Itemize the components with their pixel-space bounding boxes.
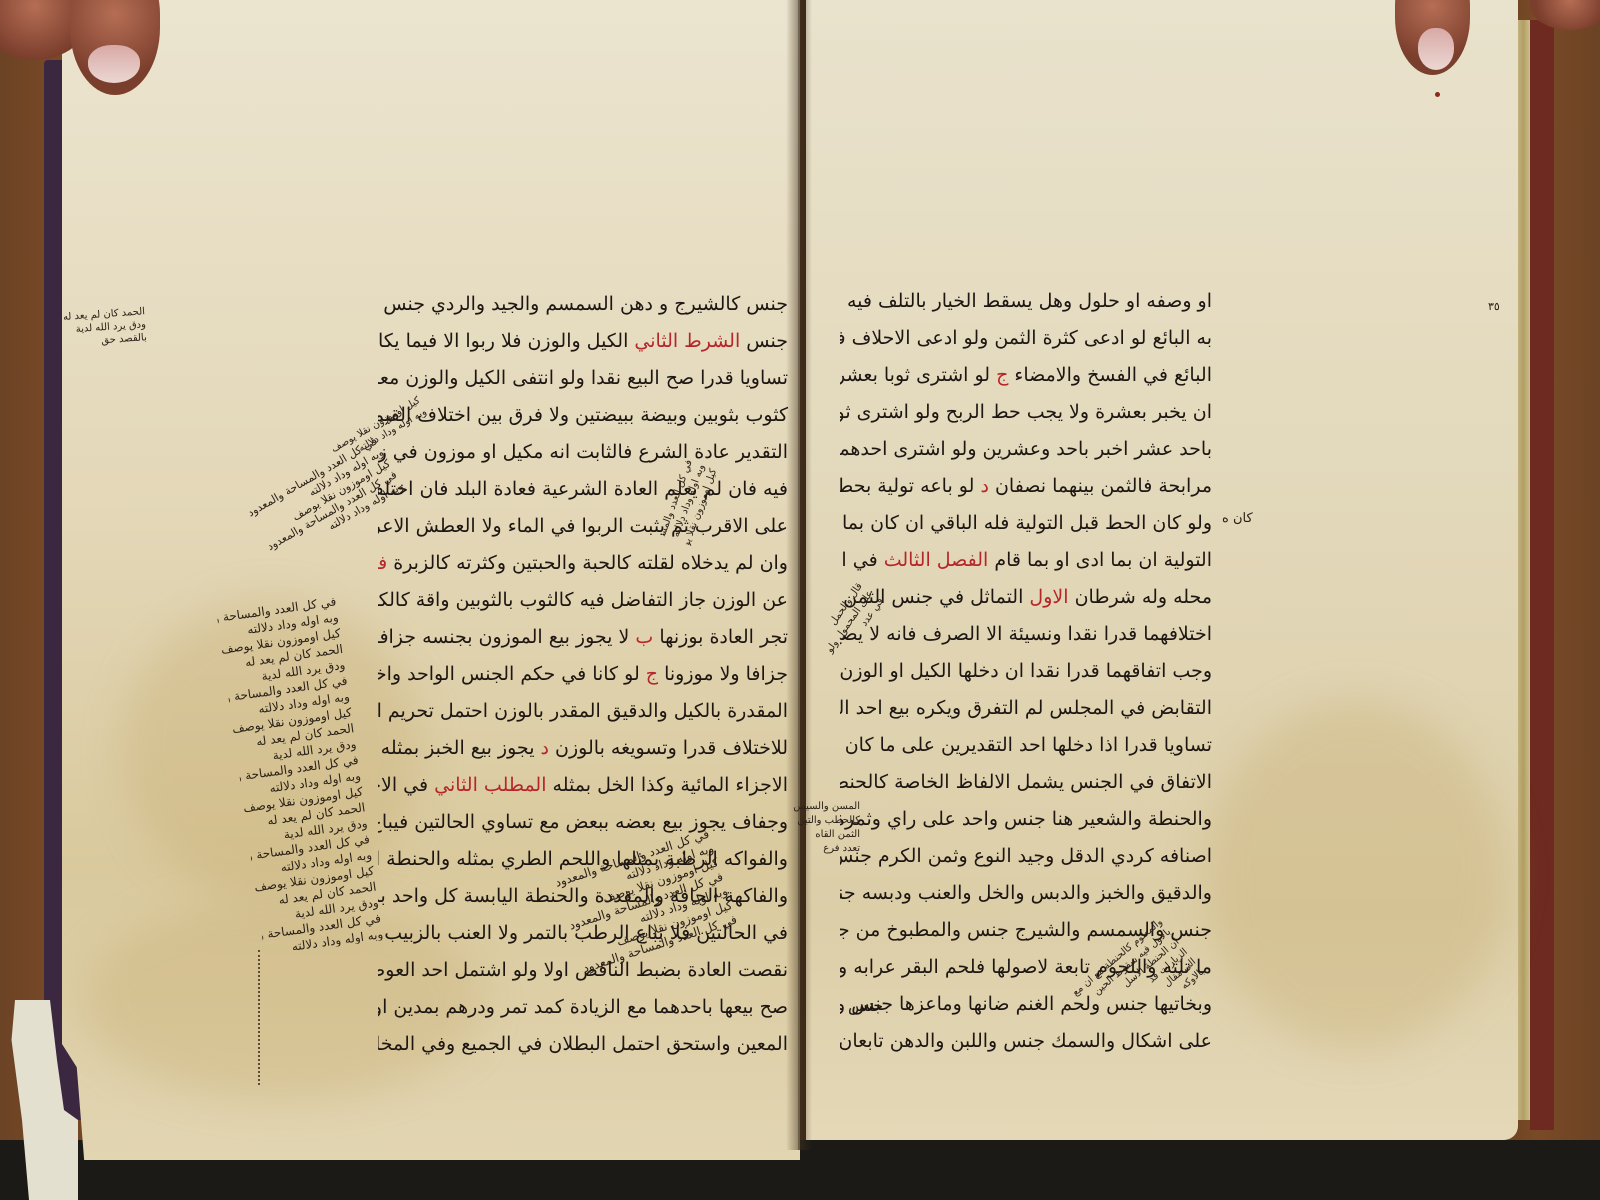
text-line: وجفاف يجوز بيع بعضه ببعض مع تساوي الحالت… — [378, 804, 788, 841]
margin-note-outer-word: كان ه — [1222, 512, 1253, 525]
catchword: جنس — [848, 996, 883, 1015]
margin-dotted-frame — [258, 950, 260, 1085]
left-thumbnail — [88, 45, 140, 83]
text-line: ولو كان الحط قبل التولية فله الباقي ان ك… — [840, 505, 1212, 542]
right-thumbnail — [1418, 28, 1454, 70]
rubric-heading: الفصل الثالث — [884, 549, 989, 571]
text-line: وجب اتفاقهما قدرا نقدا ان دخلها الكيل او… — [840, 653, 1212, 690]
text-line: باحد عشر اخبر باحد وعشرين ولو اشترى احده… — [840, 431, 1212, 468]
text-line: للاختلاف قدرا وتسويغه بالوزن د يجوز بيع … — [378, 730, 788, 767]
text-line: البائع في الفسخ والامضاء ج لو اشترى ثوبا… — [840, 357, 1212, 394]
ink-spot — [1435, 92, 1440, 97]
text-line: اصنافه كردي الدقل وجيد النوع وثمن الكرم … — [840, 838, 1212, 875]
rubric-heading: ج — [646, 663, 658, 685]
text-line: التقدير عادة الشرع فالثابت انه مكيل او م… — [378, 434, 788, 471]
text-line: التولية ان بما ادى او بما قام الفصل الثا… — [840, 542, 1212, 579]
text-line: الاجزاء المائية وكذا الخل بمثله المطلب ا… — [378, 767, 788, 804]
text-line: جنس كالشيرج و دهن السمسم والجيد والردي ج… — [378, 286, 788, 323]
text-line: على اشكال والسمك جنس واللبن والدهن تابعا… — [840, 1023, 1212, 1060]
rubric-heading: المطلب الثاني — [434, 774, 546, 796]
rubric-heading: الشرط الثاني — [634, 330, 740, 352]
text-line: او وصفه او حلول وهل يسقط الخيار بالتلف ف… — [840, 283, 1212, 320]
text-line: والدقيق والخبز والدبس والخل والعنب ودبسه… — [840, 875, 1212, 912]
rubric-heading: ب — [635, 626, 653, 648]
rubric-heading: د — [541, 737, 549, 759]
text-line: مرابحة فالثمن بينهما نصفان د لو باعه تول… — [840, 468, 1212, 505]
rubric-heading: د — [980, 475, 988, 497]
text-line: به البائع لو ادعى كثرة الثمن ولو ادعى ال… — [840, 320, 1212, 357]
text-line: تساويا قدرا اذا دخلها احد التقديرين على … — [840, 727, 1212, 764]
folio-number: ٣٥ — [1488, 300, 1500, 313]
text-line: تساويا قدرا صح البيع نقدا ولو انتفى الكي… — [378, 360, 788, 397]
paper-stain — [1206, 700, 1506, 1050]
text-line: جزافا ولا موزونا ج لو كانا في حكم الجنس … — [378, 656, 788, 693]
text-line: محله وله شرطان الاول التماثل في جنس الثم… — [840, 579, 1212, 616]
text-line: كثوب بثوبين وبيضة ببيضتين ولا فرق بين اخ… — [378, 397, 788, 434]
rubric-heading: فروع — [378, 552, 387, 574]
text-line: تجر العادة بوزنها ب لا يجوز بيع الموزون … — [378, 619, 788, 656]
text-line: عن الوزن جاز التفاضل فيه كالثوب بالثوبين… — [378, 582, 788, 619]
margin-note-top-left: الحمد كان لم يعد له ودق يرد الله لدية با… — [65, 305, 148, 349]
text-line: الاتفاق في الجنس يشمل الالفاظ الخاصة كال… — [840, 764, 1212, 801]
text-line: جنس الشرط الثاني الكيل والوزن فلا ربوا ا… — [378, 323, 788, 360]
book-cover-right — [1530, 20, 1554, 1130]
text-line: اختلافهما قدرا نقدا ونسيئة الا الصرف فان… — [840, 616, 1212, 653]
text-line: ان يخبر بعشرة ولا يجب حط الربح ولو اشترى… — [840, 394, 1212, 431]
text-line: والحنطة والشعير هنا جنس واحد على راي وثم… — [840, 801, 1212, 838]
rubric-heading: ج — [996, 364, 1008, 386]
text-line: المقدرة بالكيل والدقيق المقدر بالوزن احت… — [378, 693, 788, 730]
rubric-heading: الاول — [1029, 586, 1068, 608]
text-line: التقابض في المجلس لم التفرق ويكره بيع اح… — [840, 690, 1212, 727]
margin-note-left-lower: المسن والسيس كالحطب والتين الثمن القاه ت… — [800, 800, 860, 856]
